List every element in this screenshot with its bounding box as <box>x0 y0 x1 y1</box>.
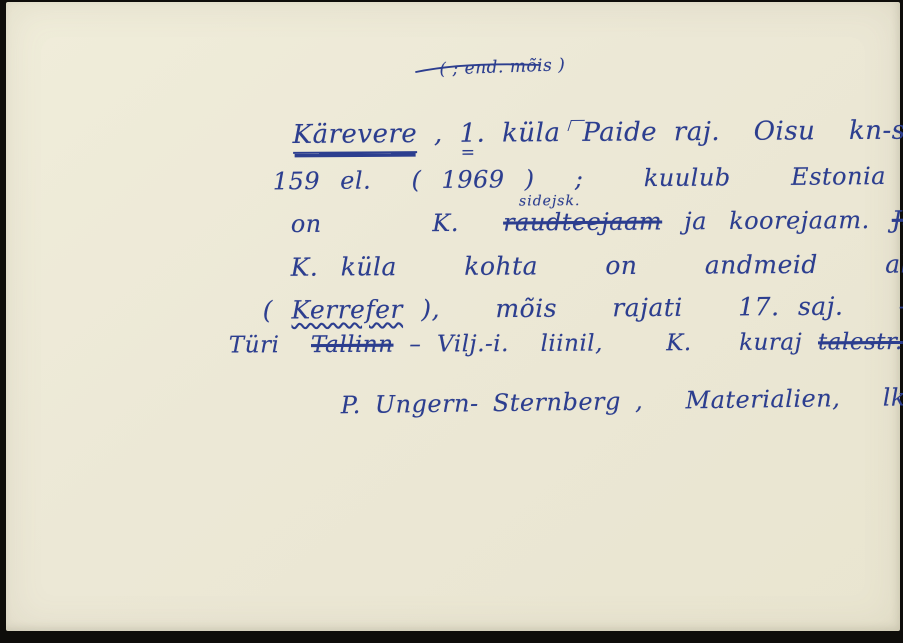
citation: P. Ungern- Sternberg , Materialien, lk. … <box>255 352 903 449</box>
scanned-photo: ( ; end. mõis ) Kärevere , 1.= külaPaide… <box>0 0 903 643</box>
index-card: ( ; end. mõis ) Kärevere , 1.= külaPaide… <box>6 2 900 631</box>
line6-start: Türi <box>229 332 311 358</box>
struck-talestr: talestr. <box>818 329 903 355</box>
line6-mid: – Vilj.-i. liinil, K. kuraj <box>393 329 818 357</box>
annotation-underline <box>414 60 544 76</box>
struck-tallinn: Tallinn <box>311 332 394 358</box>
superscript-correction: sidejsk. <box>519 193 580 209</box>
